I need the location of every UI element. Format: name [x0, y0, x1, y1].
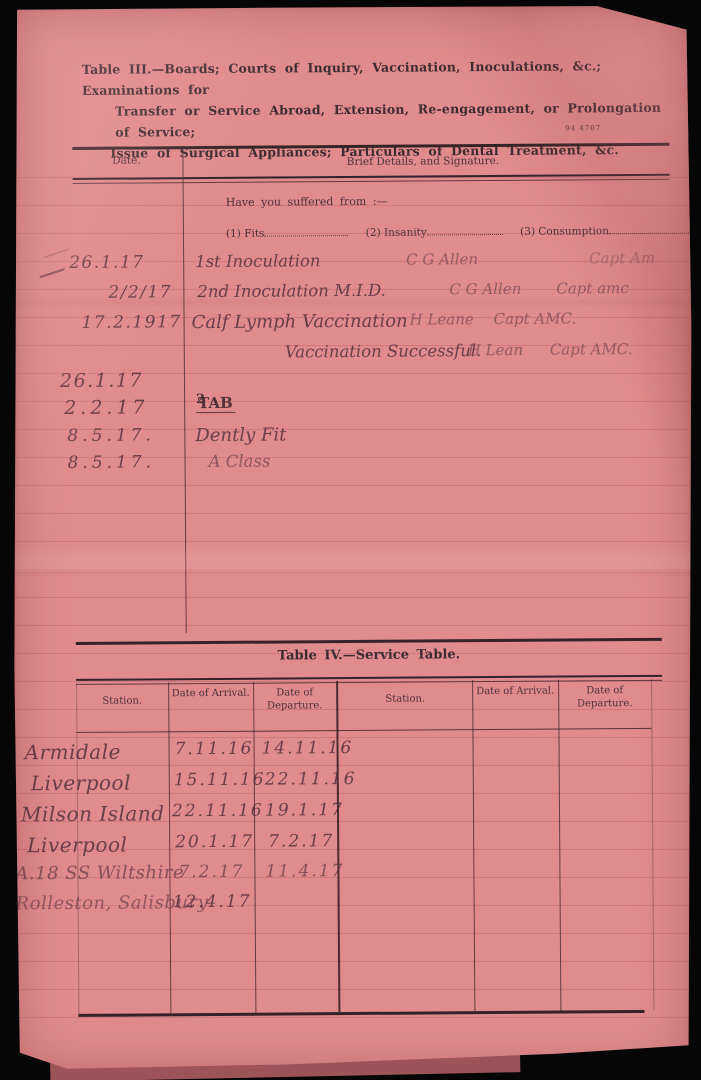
- service-departure: 14.11.16: [261, 738, 353, 759]
- service-row: Rolleston, Salisbury 12.4.17: [16, 889, 695, 924]
- question-item-consumption: (3) Consumption: [520, 225, 609, 238]
- form-paper: Table III.—Boards; Courts of Inquiry, Va…: [13, 5, 692, 1073]
- question-item-insanity: (2) Insanity: [366, 226, 427, 238]
- entry-date: 26.1.17: [60, 369, 143, 392]
- service-departure: 22.11.16: [265, 769, 357, 790]
- table3-col-date: Date.: [90, 154, 162, 167]
- service-arrival: 12.4.17: [173, 892, 252, 913]
- service-row: Liverpool 15.11.16 22.11.16: [15, 767, 694, 802]
- table4-col-arrival-2: Date of Arrival.: [472, 686, 558, 699]
- table4-header-rule: [76, 728, 651, 733]
- service-station: Liverpool: [27, 833, 127, 858]
- service-row: Liverpool 20.1.17 7.2.17: [15, 829, 694, 864]
- entry-signature: H Lean: [468, 341, 523, 359]
- table4-col-arrival-1: Date of Arrival.: [168, 688, 253, 701]
- table3-header-rule: [73, 174, 670, 184]
- entry-date: 8.5.17.: [67, 425, 155, 446]
- table4-top-rule: [76, 638, 662, 645]
- entry-text: Vaccination Successful.: [285, 341, 482, 361]
- entry-text: Dently Fit: [195, 424, 286, 446]
- table3-question-items: (1) Fits (2) Insanity (3) Consumption: [226, 224, 666, 240]
- table3-heading-line2: Transfer or Service Abroad, Extension, R…: [115, 97, 667, 143]
- service-arrival: 7.11.16: [174, 739, 253, 760]
- table3-heading-line1: Table III.—Boards; Courts of Inquiry, Va…: [82, 55, 667, 101]
- service-arrival: 15.11.16: [174, 770, 266, 791]
- entry-rank: Capt AMC.: [494, 309, 577, 328]
- service-station: A.18 SS Wiltshire: [15, 862, 184, 884]
- table3-question: Have you suffered from :—: [226, 195, 388, 209]
- service-row: Milson Island 22.11.16 19.1.17: [15, 798, 694, 833]
- dotted-leader: [427, 225, 503, 236]
- entry-text: 1st Inoculation: [195, 251, 321, 271]
- table4-col-station-2: Station.: [338, 693, 472, 706]
- entry-rank: Capt AMC.: [550, 340, 633, 359]
- form-code: 94 4707: [565, 124, 601, 132]
- entry-date: 2.2.17: [64, 396, 149, 419]
- entry-signature: C G Allen: [406, 250, 478, 269]
- table4-col-station-1: Station.: [76, 695, 168, 708]
- medical-entry: 8.5.17. A Class: [12, 449, 691, 484]
- service-arrival: 20.1.17: [175, 832, 254, 853]
- service-station: Armidale: [24, 740, 120, 765]
- service-station: Liverpool: [31, 771, 131, 796]
- table4-bottom-rule: [78, 1010, 644, 1017]
- service-arrival: 7.2.17: [178, 862, 244, 882]
- entry-signature: C G Allen: [449, 280, 521, 299]
- entry-date: 2/2/17: [108, 282, 172, 302]
- page-content: Table III.—Boards; Courts of Inquiry, Va…: [9, 3, 695, 1076]
- table4-col-departure-2: Date of Departure.: [558, 685, 651, 711]
- dotted-leader: [264, 226, 348, 237]
- service-row: A.18 SS Wiltshire 7.2.17 11.4.17: [15, 859, 694, 894]
- medical-entry: 26.1.17 1st Inoculation C G Allen Capt A…: [11, 249, 690, 284]
- service-departure: 11.4.17: [265, 861, 344, 882]
- service-arrival: 22.11.16: [172, 801, 264, 822]
- medical-entry: 17.2.1917 Calf Lymph Vaccination H Leane…: [12, 309, 691, 344]
- entry-rank: Capt amc: [556, 279, 629, 298]
- entry-text: Calf Lymph Vaccination: [192, 311, 408, 334]
- medical-entry: 2/2/17 2nd Inoculation M.I.D. C G Allen …: [11, 279, 690, 314]
- table4-title: Table IV.—Service Table.: [214, 647, 524, 664]
- service-row: Armidale 7.11.16 14.11.16: [14, 736, 693, 771]
- entry-date: 26.1.17: [69, 252, 145, 273]
- question-item-fits: (1) Fits: [226, 228, 265, 240]
- table4-title-rule: [76, 675, 662, 685]
- entry-text: A Class: [208, 452, 270, 471]
- entry-date: 17.2.1917: [82, 312, 182, 333]
- table4-col-departure-1: Date of Departure.: [253, 687, 336, 713]
- entry-text: 2nd Inoculation M.I.D.: [197, 281, 386, 301]
- scanned-document-page: { "form": { "code": "94 4707", "table3":…: [0, 0, 701, 1080]
- service-departure: 19.1.17: [265, 800, 344, 821]
- entry-rank: Capt Am: [589, 249, 655, 267]
- service-departure: 7.2.17: [268, 831, 334, 851]
- entry-date: 8.5.17.: [67, 452, 155, 473]
- service-station: Milson Island: [21, 801, 165, 826]
- tab-denominator: 2: [196, 394, 205, 406]
- dotted-leader: [609, 224, 691, 235]
- entry-signature: H Leane: [410, 310, 474, 328]
- table3-col-details: Brief Details, and Signature.: [200, 154, 645, 169]
